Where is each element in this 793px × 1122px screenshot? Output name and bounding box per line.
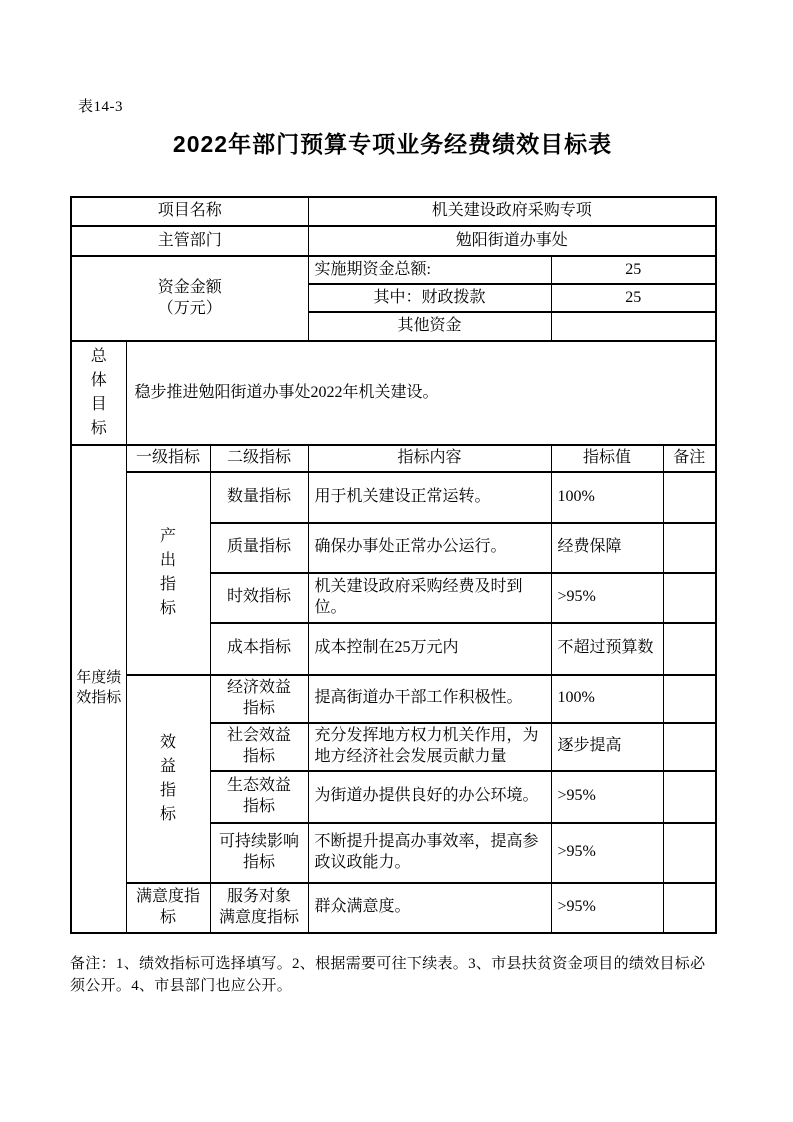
fund-amount-label-line2: （万元） (76, 299, 304, 320)
level1-benefit-indicators: 效益指标 (126, 675, 210, 883)
col-header-remark: 备注 (663, 445, 716, 472)
indicator-remark (663, 623, 716, 675)
table-row: 效益指标 经济效益 指标 提高街道办干部工作积极性。 100% (71, 675, 716, 723)
indicator-content: 确保办事处正常办公运行。 (308, 523, 551, 573)
fund-total-value: 25 (551, 256, 716, 284)
col-header-content: 指标内容 (308, 445, 551, 472)
indicator-content: 不断提升提高办事效率，提高参政议政能力。 (308, 823, 551, 883)
document-page: 表14-3 2022年部门预算专项业务经费绩效目标表 项目名称 机关建设政府采购… (0, 0, 793, 1122)
indicator-remark (663, 723, 716, 771)
indicator-remark (663, 523, 716, 573)
table-row: 满意度指标 服务对象 满意度指标 群众满意度。 >95% (71, 883, 716, 933)
indicator-value: 100% (551, 675, 663, 723)
performance-target-table: 项目名称 机关建设政府采购专项 主管部门 勉阳街道办事处 资金金额 （万元） 实… (70, 196, 717, 934)
project-name-value: 机关建设政府采购专项 (308, 197, 716, 226)
indicator-value: >95% (551, 573, 663, 623)
indicator-content: 机关建设政府采购经费及时到位。 (308, 573, 551, 623)
col-header-value: 指标值 (551, 445, 663, 472)
annual-indicator-side-label: 年度绩效指标 (71, 445, 126, 933)
level2-label: 生态效益 指标 (210, 771, 308, 823)
table-row: 主管部门 勉阳街道办事处 (71, 226, 716, 256)
indicator-content: 充分发挥地方权力机关作用，为地方经济社会发展贡献力量 (308, 723, 551, 771)
department-label: 主管部门 (71, 226, 308, 256)
indicator-value: 100% (551, 472, 663, 523)
fund-total-label: 实施期资金总额: (308, 256, 551, 284)
level1-satisfaction-indicators: 满意度指标 (126, 883, 210, 933)
department-value: 勉阳街道办事处 (308, 226, 716, 256)
level2-label: 质量指标 (210, 523, 308, 573)
footer-note: 备注：1、绩效指标可选择填写。2、根据需要可往下续表。3、市县扶贫资金项目的绩效… (70, 954, 718, 998)
level2-label: 时效指标 (210, 573, 308, 623)
indicator-value: >95% (551, 823, 663, 883)
level2-label: 数量指标 (210, 472, 308, 523)
page-title: 2022年部门预算专项业务经费绩效目标表 (70, 126, 715, 159)
level2-label: 服务对象 满意度指标 (210, 883, 308, 933)
table-row: 年度绩效指标 一级指标 二级指标 指标内容 指标值 备注 (71, 445, 716, 472)
indicator-content: 提高街道办干部工作积极性。 (308, 675, 551, 723)
indicator-value: 经费保障 (551, 523, 663, 573)
col-header-level1: 一级指标 (126, 445, 210, 472)
table-row: 资金金额 （万元） 实施期资金总额: 25 (71, 256, 716, 284)
indicator-remark (663, 675, 716, 723)
indicator-remark (663, 771, 716, 823)
fund-fiscal-label: 其中：财政拨款 (308, 284, 551, 312)
project-name-label: 项目名称 (71, 197, 308, 226)
sheet: 表14-3 2022年部门预算专项业务经费绩效目标表 项目名称 机关建设政府采购… (0, 0, 793, 997)
fund-fiscal-value: 25 (551, 284, 716, 312)
indicator-content: 为街道办提供良好的办公环境。 (308, 771, 551, 823)
indicator-content: 群众满意度。 (308, 883, 551, 933)
level2-label: 社会效益 指标 (210, 723, 308, 771)
indicator-remark (663, 472, 716, 523)
col-header-level2: 二级指标 (210, 445, 308, 472)
fund-amount-label: 资金金额 （万元） (71, 256, 308, 341)
fund-amount-label-line1: 资金金额 (76, 278, 304, 299)
overall-goal-text: 稳步推进勉阳街道办事处2022年机关建设。 (126, 341, 716, 445)
indicator-remark (663, 883, 716, 933)
indicator-value: >95% (551, 771, 663, 823)
indicator-value: 逐步提高 (551, 723, 663, 771)
level2-label: 成本指标 (210, 623, 308, 675)
indicator-content: 用于机关建设正常运转。 (308, 472, 551, 523)
table-row: 产出指标 数量指标 用于机关建设正常运转。 100% (71, 472, 716, 523)
table-row: 项目名称 机关建设政府采购专项 (71, 197, 716, 226)
table-row: 总体目标 稳步推进勉阳街道办事处2022年机关建设。 (71, 341, 716, 445)
indicator-remark (663, 573, 716, 623)
level2-label: 经济效益 指标 (210, 675, 308, 723)
fund-other-label: 其他资金 (308, 312, 551, 341)
fund-other-value (551, 312, 716, 341)
level1-output-indicators: 产出指标 (126, 472, 210, 675)
indicator-content: 成本控制在25万元内 (308, 623, 551, 675)
indicator-remark (663, 823, 716, 883)
level2-label: 可持续影响 指标 (210, 823, 308, 883)
indicator-value: 不超过预算数 (551, 623, 663, 675)
indicator-value: >95% (551, 883, 663, 933)
overall-goal-label: 总体目标 (71, 341, 126, 445)
doc-label: 表14-3 (78, 95, 715, 116)
